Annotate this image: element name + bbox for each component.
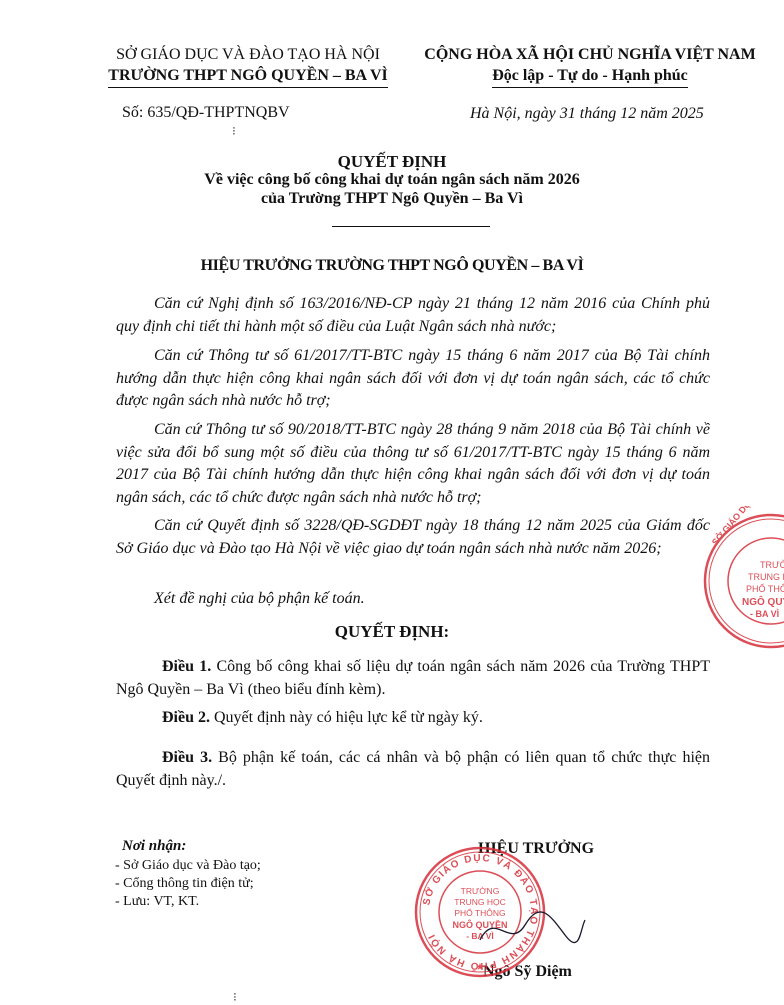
legal-basis-2: Căn cứ Thông tư số 61/2017/TT-BTC ngày 1… [116,345,710,413]
school-name: TRƯỜNG THPT NGÔ QUYỀN – BA VÌ [108,65,387,88]
margin-seal-stamp: TRƯỜNG TRUNG HỌC PHỔ THÔNG NGÔ QUYỀN - B… [696,506,784,656]
document-number: Số: 635/QĐ-THPTNQBV [122,104,290,122]
proposal-basis: Xét đề nghị của bộ phận kế toán. [116,588,710,611]
article-3: Điều 3. Bộ phận kế toán, các cá nhân và … [116,747,710,792]
svg-text:★: ★ [476,962,485,973]
motto: Độc lập - Tự do - Hạnh phúc [492,65,688,88]
department-name: SỞ GIÁO DỤC VÀ ĐÀO TẠO HÀ NỘI [88,44,408,65]
document-subject: Về việc công bố công khai dự toán ngân s… [0,171,784,189]
legal-basis-4: Căn cứ Quyết định số 3228/QĐ-SGDĐT ngày … [116,515,710,560]
decision-heading: QUYẾT ĐỊNH: [0,622,784,642]
article-2-text: Quyết định này có hiệu lực kể từ ngày ký… [210,709,483,726]
article-2: Điều 2. Quyết định này có hiệu lực kể từ… [116,707,710,730]
recipient-item: - Lưu: VT, KT. [115,894,199,910]
issuing-authority: SỞ GIÁO DỤC VÀ ĐÀO TẠO HÀ NỘI TRƯỜNG THP… [88,44,408,88]
article-2-label: Điều 2. [162,709,210,726]
authority-heading: HIỆU TRƯỞNG TRƯỜNG THPT NGÔ QUYỀN – BA V… [0,257,784,275]
recipient-item: - Sở Giáo dục và Đào tạo; [115,858,261,874]
legal-basis-1: Căn cứ Nghị định số 163/2016/NĐ-CP ngày … [116,293,710,338]
article-3-label: Điều 3. [162,749,212,766]
svg-text:TRUNG HỌC: TRUNG HỌC [748,572,784,582]
scan-mark: ⁝ [232,124,236,139]
document-subject-2: của Trường THPT Ngô Quyền – Ba Vì [0,190,784,208]
country-name: CỘNG HÒA XÃ HỘI CHỦ NGHĨA VIỆT NAM [400,44,780,65]
svg-text:NGÔ QUYỀN: NGÔ QUYỀN [742,595,784,608]
svg-text:TRƯỜNG: TRƯỜNG [760,560,784,570]
national-title: CỘNG HÒA XÃ HỘI CHỦ NGHĨA VIỆT NAM Độc l… [400,44,780,88]
svg-text:SỞ GIÁO DỤC VÀ ĐÀO TẠO: SỞ GIÁO DỤC VÀ ĐÀO TẠO [709,506,784,547]
svg-text:- BA VÌ: - BA VÌ [750,609,780,619]
title-divider [332,226,490,227]
svg-text:TRƯỜNG: TRƯỜNG [461,886,500,896]
issue-date: Hà Nội, ngày 31 tháng 12 năm 2025 [470,105,704,123]
recipients-title: Nơi nhận: [122,838,186,855]
article-1: Điều 1. Công bố công khai số liệu dự toá… [116,656,710,701]
svg-text:PHỔ THÔNG: PHỔ THÔNG [746,583,784,594]
recipient-item: - Cổng thông tin điện tử; [115,876,254,892]
signature-mark [470,900,590,960]
article-1-label: Điều 1. [162,658,211,675]
scan-mark-bottom: ⁝ [233,990,237,1005]
document-title: QUYẾT ĐỊNH [0,152,784,172]
legal-basis-3: Căn cứ Thông tư số 90/2018/TT-BTC ngày 2… [116,419,710,509]
